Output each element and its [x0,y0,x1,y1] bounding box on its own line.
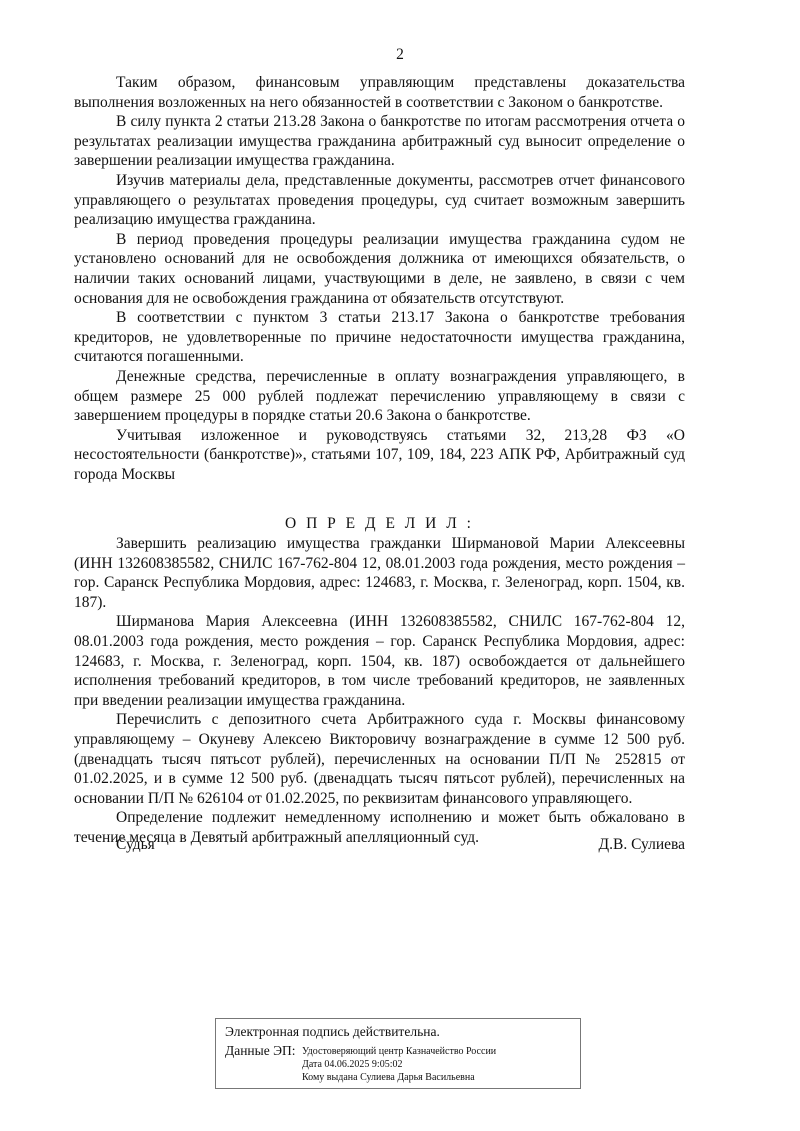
decree-heading: О П Р Е Д Е Л И Л : [74,514,685,534]
signature-issuer: Удостоверяющий центр Казначейство России [302,1045,496,1058]
decree-release-from-obligations: Ширманова Мария Алексеевна (ИНН 13260838… [74,612,685,710]
signature-details: Удостоверяющий центр Казначейство России… [302,1043,496,1084]
signature-date: Дата 04.06.2025 9:05:02 [302,1058,496,1071]
judge-name: Д.В. Сулиева [599,836,685,854]
paragraph-remuneration: Денежные средства, перечисленные в оплат… [74,367,685,426]
paragraph-guided-by: Учитывая изложенное и руководствуясь ста… [74,426,685,485]
paragraph-legal-basis: В силу пункта 2 статьи 213.28 Закона о б… [74,112,685,171]
signature-block: Судья Д.В. Сулиева [116,836,685,854]
judge-role: Судья [116,836,155,854]
decree-transfer-payment: Перечислить с депозитного счета Арбитраж… [74,710,685,808]
document-body: Таким образом, финансовым управляющим пр… [74,73,685,848]
signature-data-label: Данные ЭП: [225,1043,302,1084]
paragraph-no-grounds: В период проведения процедуры реализации… [74,230,685,308]
signature-issued-to: Кому выдана Сулиева Дарья Васильевна [302,1071,496,1084]
paragraph-review: Изучив материалы дела, представленные до… [74,171,685,230]
paragraph-claims-repaid: В соответствии с пунктом 3 статьи 213.17… [74,308,685,367]
decree-complete-realization: Завершить реализацию имущества гражданки… [74,534,685,612]
page-number: 2 [0,46,800,64]
electronic-signature-stamp: Электронная подпись действительна. Данны… [215,1018,581,1089]
paragraph-evidence: Таким образом, финансовым управляющим пр… [74,73,685,112]
signature-status: Электронная подпись действительна. [225,1023,580,1040]
